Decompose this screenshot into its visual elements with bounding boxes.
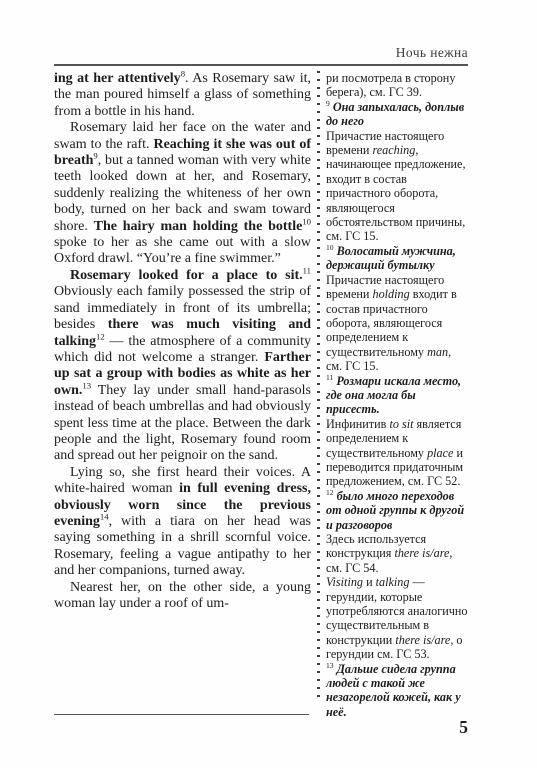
- paragraph: Lying so, she first heard their voices. …: [54, 465, 311, 580]
- paragraph: Rosemary laid her face on the water and …: [54, 120, 311, 268]
- text-segment: 12: [96, 331, 105, 341]
- column-separator-dotted: [317, 71, 320, 703]
- running-title: Ночь нежна: [54, 45, 468, 61]
- annotation-headword: 13 Дальше сидела группа людей с такой же…: [326, 662, 468, 720]
- text-segment: Розмари искала место, где она могла бы п…: [326, 374, 461, 417]
- text-segment: ри посмотрела в сторону берега), см. ГС …: [326, 71, 455, 99]
- text-segment: Волосатый мужчина, держащий бутылку: [326, 244, 456, 272]
- annotation-headword: 11 Розмари искала место, где она могла б…: [326, 374, 468, 417]
- text-segment: holding: [372, 287, 409, 301]
- page-number: 5: [54, 717, 468, 738]
- text-segment: there is/are: [394, 546, 449, 560]
- text-segment: to sit: [389, 417, 413, 431]
- footnote-rule: [54, 714, 309, 715]
- annotation-headword: 9 Она запыхалась, доплыв до него: [326, 100, 468, 129]
- text-segment: 14: [100, 511, 109, 521]
- annotation-headword: 12 было много переходов от одной группы …: [326, 489, 468, 532]
- annotation-body: Причастие настоящего времени holding вхо…: [326, 273, 468, 374]
- text-segment: ing at her attentively: [54, 71, 181, 86]
- annotation-headword: 10 Волосатый мужчина, держащий бутылку: [326, 244, 468, 273]
- text-segment: 11: [303, 265, 311, 275]
- text-segment: 13: [326, 661, 334, 670]
- annotation-body: Visiting и talking — герундии, которые у…: [326, 575, 468, 661]
- header-rule: [54, 64, 468, 66]
- page-content: ing at her attentively8. As Rosemary saw…: [54, 71, 468, 719]
- text-segment: reaching: [372, 143, 415, 157]
- text-segment: Nearest her, on the other side, a young …: [54, 580, 311, 611]
- text-segment: The hairy man holding the bottle: [94, 219, 303, 234]
- text-segment: Rosemary looked for a place to sit.: [70, 268, 303, 283]
- paragraph: Nearest her, on the other side, a young …: [54, 580, 311, 613]
- annotation-body: Здесь используется конструкция there is/…: [326, 532, 468, 575]
- text-segment: They lay under small hand-parasols inste…: [54, 383, 311, 464]
- text-segment: man: [427, 345, 448, 359]
- text-segment: было много переходов от одной группы к д…: [326, 489, 464, 532]
- text-segment: 12: [326, 488, 334, 497]
- book-page: Ночь нежна ing at her attentively8. As R…: [0, 0, 537, 768]
- text-segment: , начинающее предложение, входит в соста…: [326, 143, 466, 243]
- text-segment: Дальше сидела группа людей с такой же не…: [326, 662, 461, 719]
- text-segment: Visiting: [326, 575, 363, 589]
- text-segment: place: [427, 446, 453, 460]
- annotation-body: Причастие настоящего времени reaching, н…: [326, 129, 468, 244]
- text-segment: there is/are: [395, 633, 450, 647]
- paragraph: Rosemary looked for a place to sit.11 Ob…: [54, 268, 311, 465]
- text-segment: Она запыхалась, доплыв до него: [326, 100, 464, 128]
- annotations-column: ри посмотрела в сторону берега), см. ГС …: [326, 71, 468, 719]
- annotation-body: ри посмотрела в сторону берега), см. ГС …: [326, 71, 468, 100]
- text-segment: spoke to her as she came out with a slow…: [54, 235, 311, 266]
- text-segment: 13: [82, 380, 91, 390]
- text-segment: 10: [326, 243, 334, 252]
- paragraph: ing at her attentively8. As Rosemary saw…: [54, 71, 311, 120]
- annotation-body: Инфинитив to sit является определением к…: [326, 417, 468, 489]
- text-segment: 10: [302, 216, 311, 226]
- text-segment: и: [363, 575, 376, 589]
- main-text-column: ing at her attentively8. As Rosemary saw…: [54, 71, 311, 719]
- text-segment: talking: [376, 575, 410, 589]
- text-segment: Инфинитив: [326, 417, 389, 431]
